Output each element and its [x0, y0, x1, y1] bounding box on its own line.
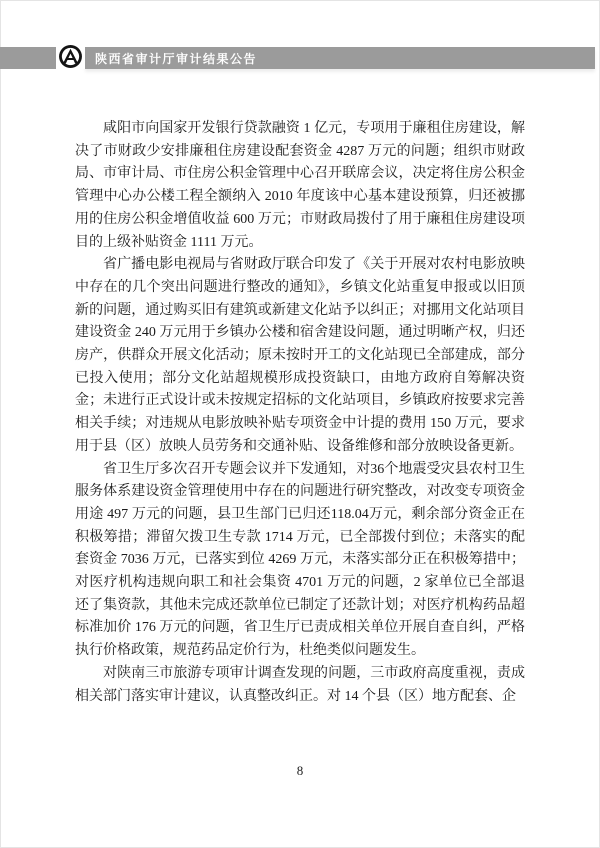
document-body: 咸阳市向国家开发银行贷款融资 1 亿元，专项用于廉租住房建设，解决了市财政少安排…: [75, 118, 525, 708]
paragraph-rural-film: 省广播电影电视局与省财政厅联合印发了《关于开展对农村电影放映中存在的几个突出问题…: [75, 254, 525, 458]
header-logo-container: [56, 47, 85, 69]
paragraph-tourism-audit: 对陕南三市旅游专项审计调查发现的问题，三市政府高度重视，责成相关部门落实审计建议…: [75, 663, 525, 708]
paragraph-housing-loan: 咸阳市向国家开发银行贷款融资 1 亿元，专项用于廉租住房建设，解决了市财政少安排…: [75, 118, 525, 254]
header-title: 陕西省审计厅审计结果公告: [95, 50, 257, 67]
page-header: 陕西省审计厅审计结果公告: [0, 47, 595, 69]
document-page: 陕西省审计厅审计结果公告 咸阳市向国家开发银行贷款融资 1 亿元，专项用于廉租住…: [0, 0, 600, 848]
paragraph-health-funds: 省卫生厅多次召开专题会议并下发通知，对36个地震受灾县农村卫生服务体系建设资金管…: [75, 459, 525, 663]
audit-emblem-icon: [58, 44, 83, 69]
header-title-bar: 陕西省审计厅审计结果公告: [85, 47, 595, 69]
page-number: 8: [0, 763, 600, 779]
header-left-bar: [0, 47, 56, 69]
